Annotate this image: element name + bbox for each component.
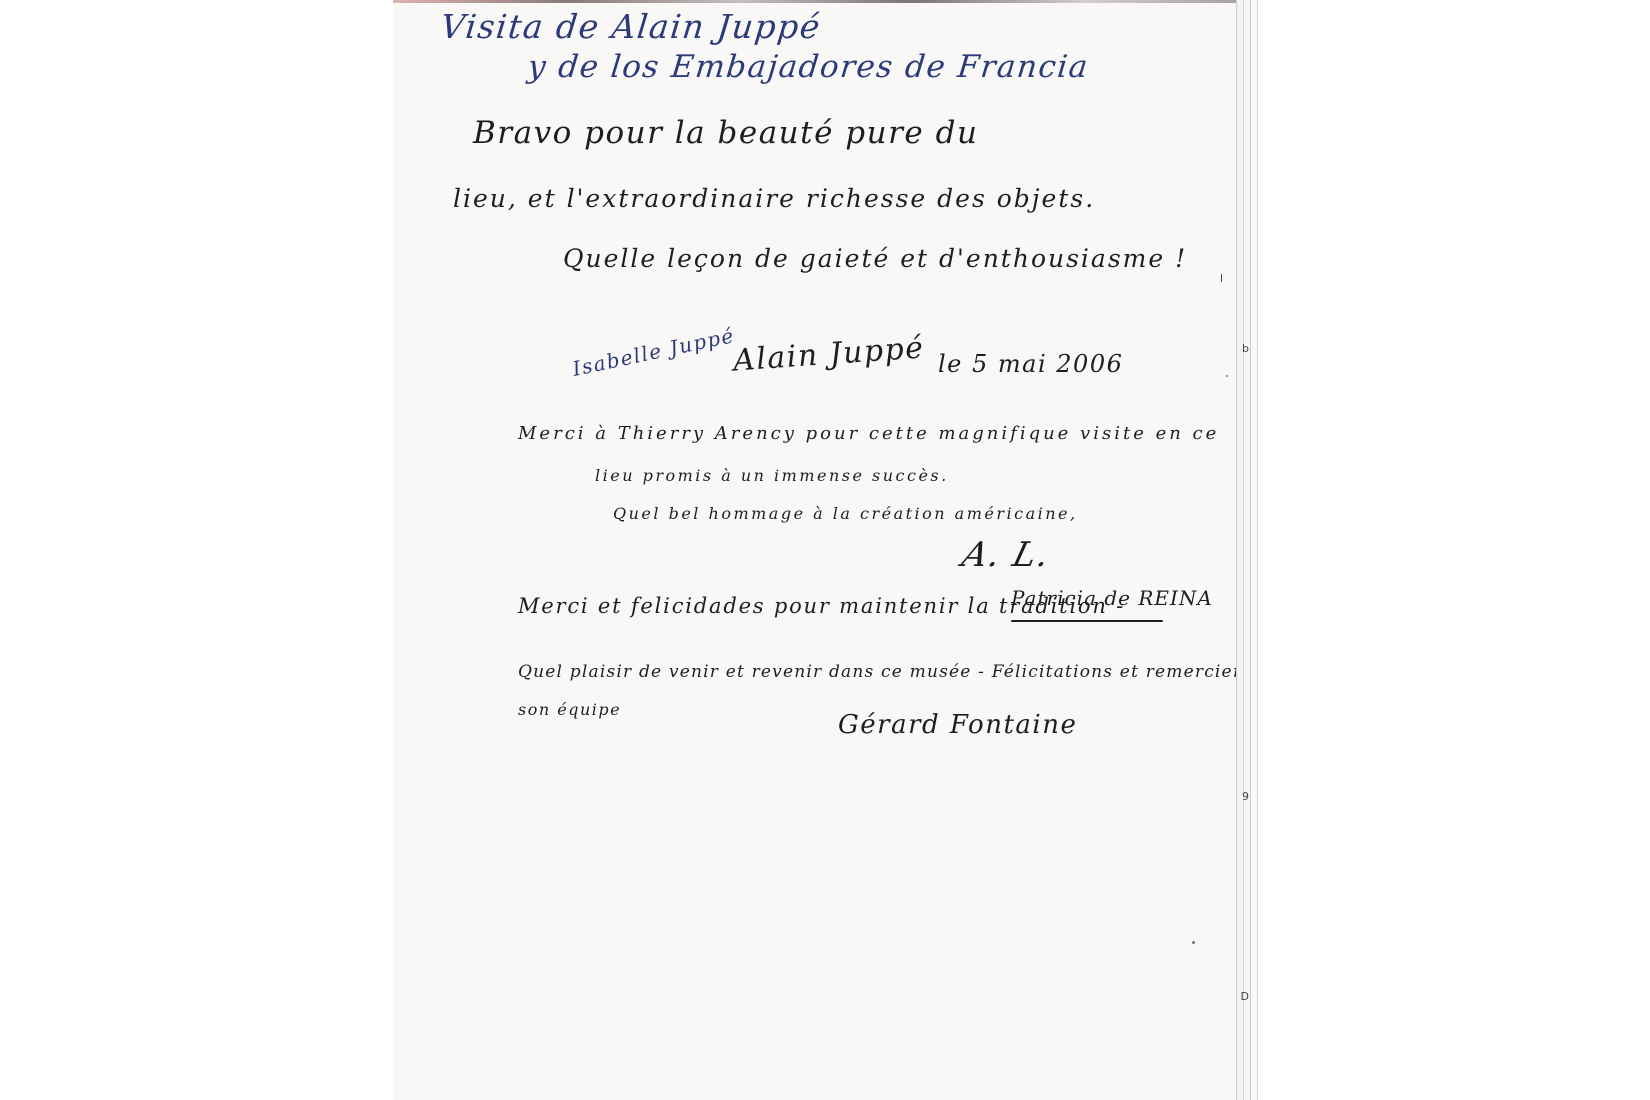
entry-4-line-1: Quel plaisir de venir et revenir dans ce… bbox=[518, 664, 1259, 681]
edge-mark: 9 bbox=[1242, 790, 1249, 803]
header-line-1: Visita de Alain Juppé bbox=[439, 10, 822, 43]
guestbook-page: Visita de Alain Juppé y de los Embajador… bbox=[393, 0, 1259, 1100]
entry-2-signature: A. L. bbox=[959, 538, 1055, 572]
entry-2-line-2: lieu promis à un immense succès. bbox=[595, 468, 949, 484]
edge-mark: D bbox=[1241, 990, 1249, 1003]
signature-alain-juppe: Alain Juppé bbox=[732, 333, 925, 376]
entry-1-line-2: lieu, et l'extraordinaire richesse des o… bbox=[453, 186, 1095, 211]
entry-2-line-1: Merci à Thierry Arency pour cette magnif… bbox=[518, 425, 1219, 443]
scan-speck bbox=[1192, 941, 1195, 944]
entry-1-date: le 5 mai 2006 bbox=[938, 352, 1123, 376]
entry-3-signature-underline bbox=[1011, 620, 1163, 622]
header-line-2: y de los Embajadores de Francia bbox=[526, 52, 1090, 83]
document-viewer: Visita de Alain Juppé y de los Embajador… bbox=[0, 0, 1650, 1100]
page-top-edge bbox=[393, 0, 1259, 3]
entry-2-line-3: Quel bel hommage à la création américain… bbox=[613, 506, 1078, 522]
signature-isabelle-juppe: Isabelle Juppé bbox=[571, 325, 737, 379]
page-binding-edge bbox=[1233, 0, 1259, 1100]
entry-4-line-2: son équipe bbox=[518, 702, 621, 718]
entry-3-signature: Patricia de REINA bbox=[1011, 588, 1213, 608]
entry-4-signature: Gérard Fontaine bbox=[838, 712, 1077, 738]
edge-mark: b bbox=[1242, 342, 1249, 355]
entry-1-line-3: Quelle leçon de gaieté et d'enthousiasme… bbox=[563, 246, 1187, 271]
entry-1-line-1: Bravo pour la beauté pure du bbox=[473, 118, 978, 149]
edge-mark: l bbox=[1220, 272, 1223, 285]
scan-speck bbox=[1226, 375, 1228, 377]
